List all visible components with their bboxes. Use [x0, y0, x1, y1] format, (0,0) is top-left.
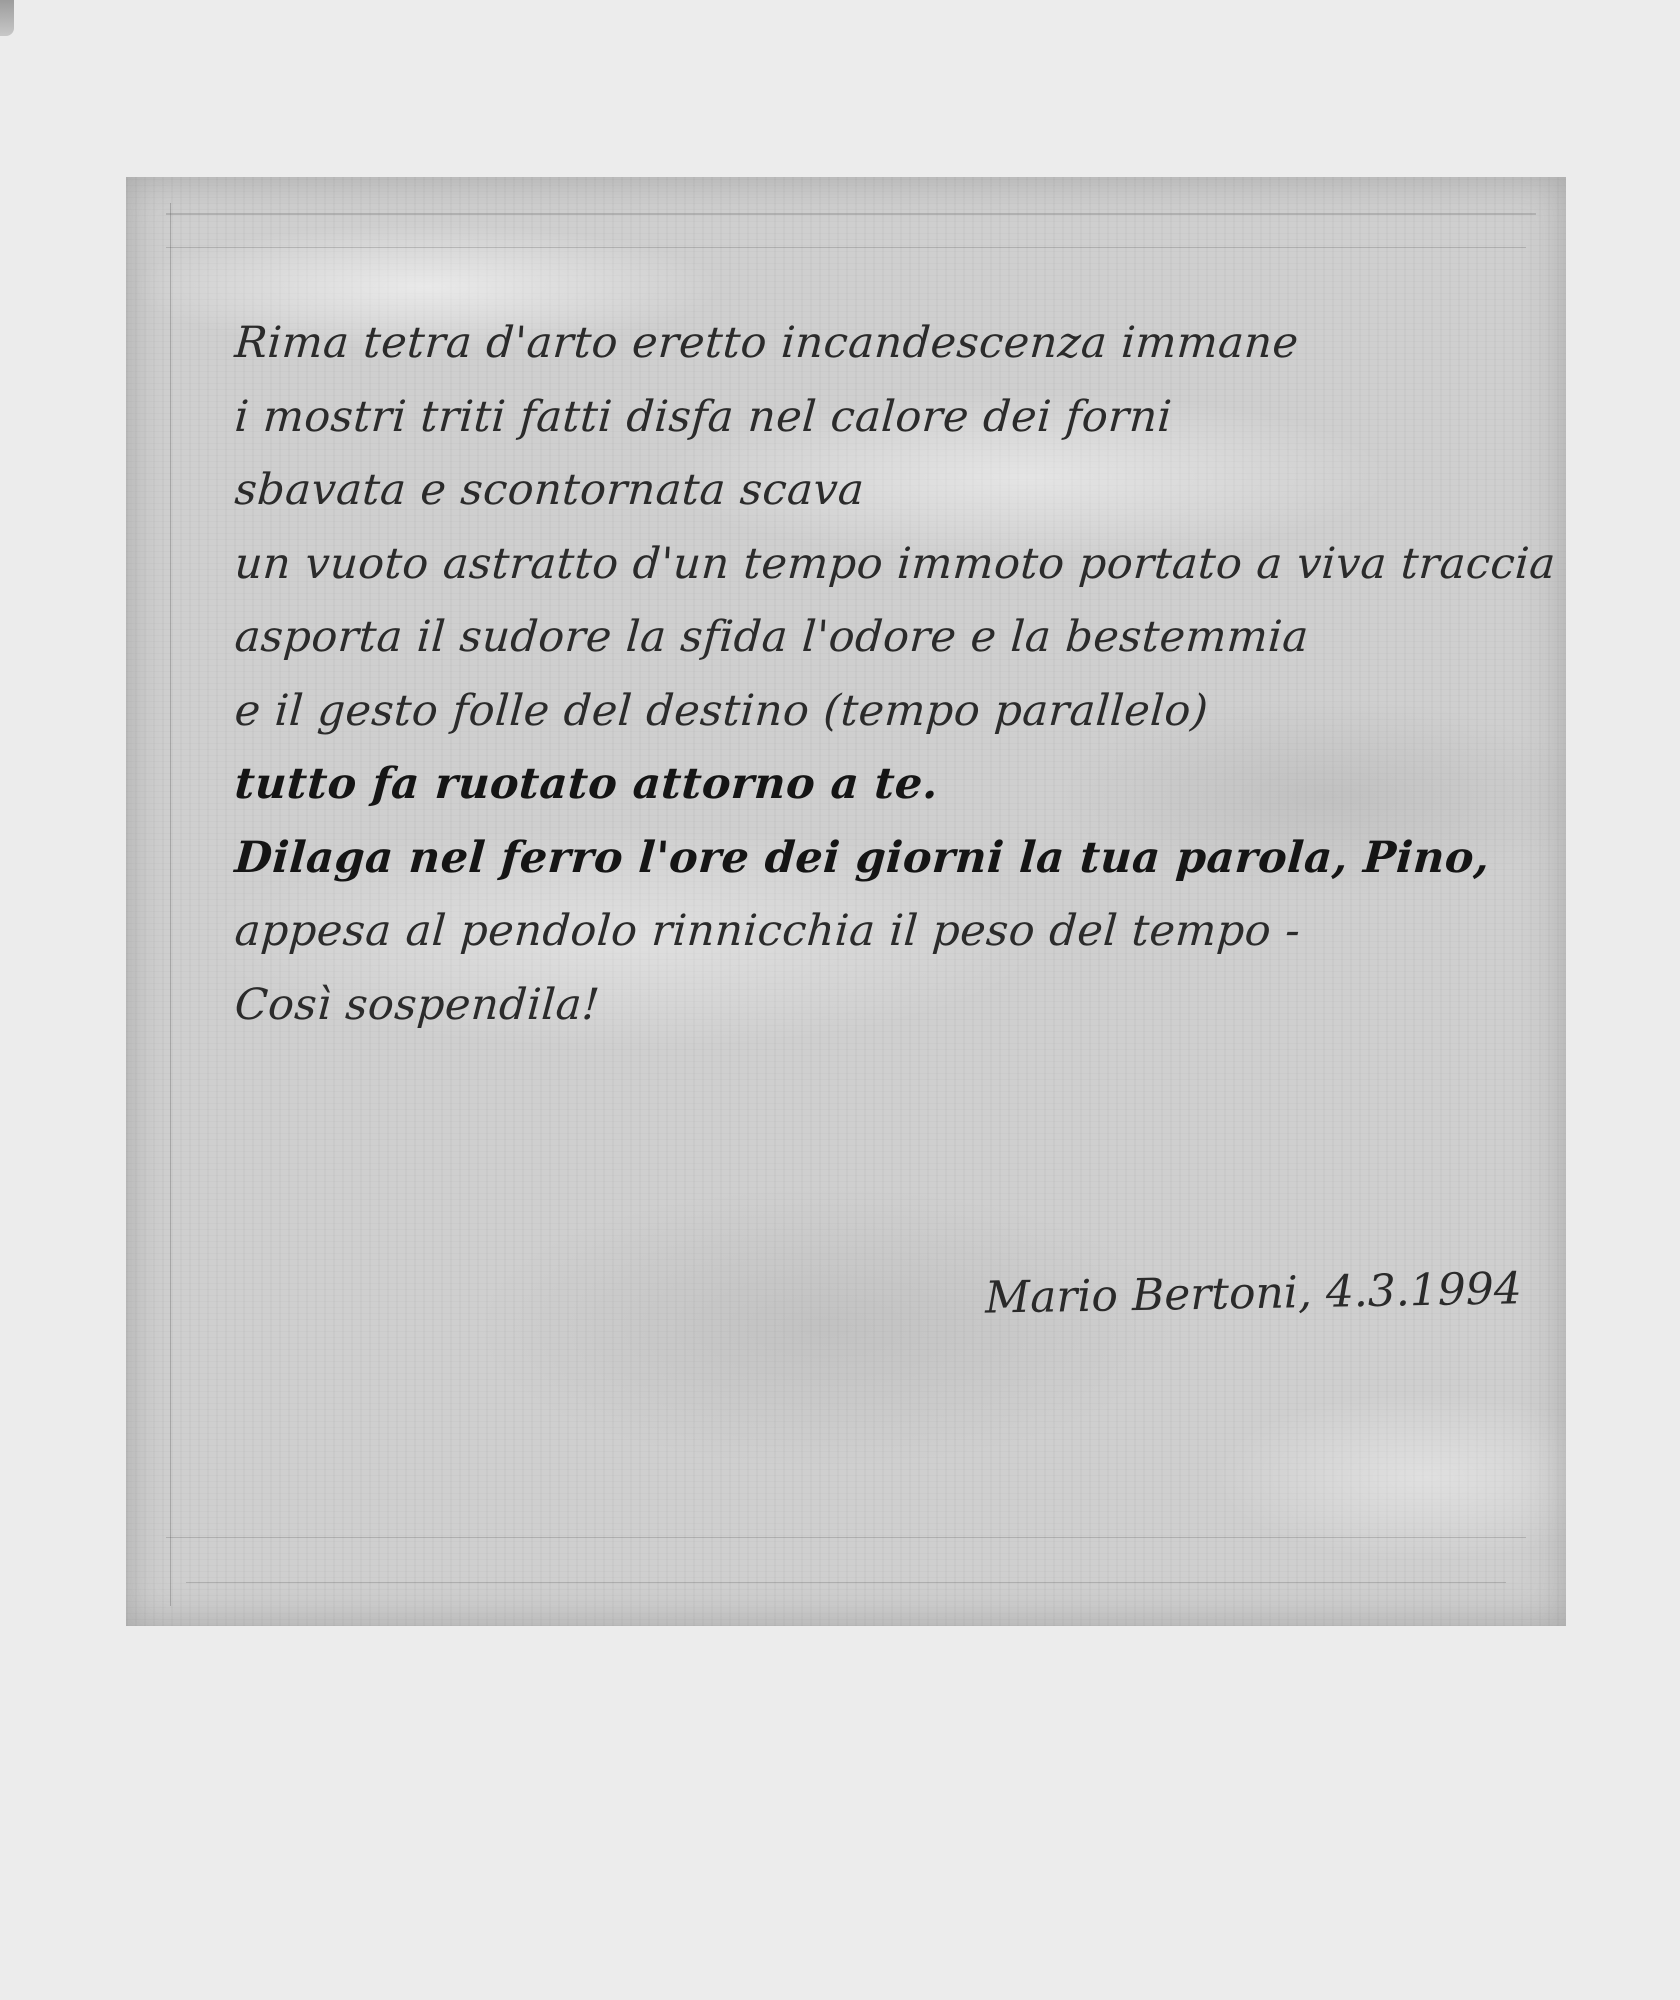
ghost-newspaper-rule [186, 1582, 1506, 1583]
poem-line: tutto fa ruotato attorno a te. [231, 759, 1516, 833]
poem-line: un vuoto astratto d'un tempo immoto port… [231, 539, 1516, 613]
poem-line: Dilaga nel ferro l'ore dei giorni la tua… [231, 833, 1516, 907]
poem-line: asporta il sudore la sfida l'odore e la … [231, 612, 1516, 686]
signature-and-date: Mario Bertoni, 4.3.1994 [985, 1263, 1523, 1323]
poem-line: appesa al pendolo rinnicchia il peso del… [231, 906, 1516, 980]
poem-line: Così sospendila! [231, 980, 1516, 1054]
poem-line: i mostri triti fatti disfa nel calore de… [231, 392, 1516, 466]
poem-line: Rima tetra d'arto eretto incandescenza i… [231, 318, 1516, 392]
binder-clip-edge [0, 0, 14, 36]
poem-text: Rima tetra d'arto eretto incandescenza i… [234, 318, 1514, 1053]
ghost-newspaper-rule [166, 1537, 1526, 1538]
poem-line: sbavata e scontornata scava [231, 465, 1516, 539]
poem-line: e il gesto folle del destino (tempo para… [231, 686, 1516, 760]
ghost-newspaper-rule [166, 247, 1526, 248]
